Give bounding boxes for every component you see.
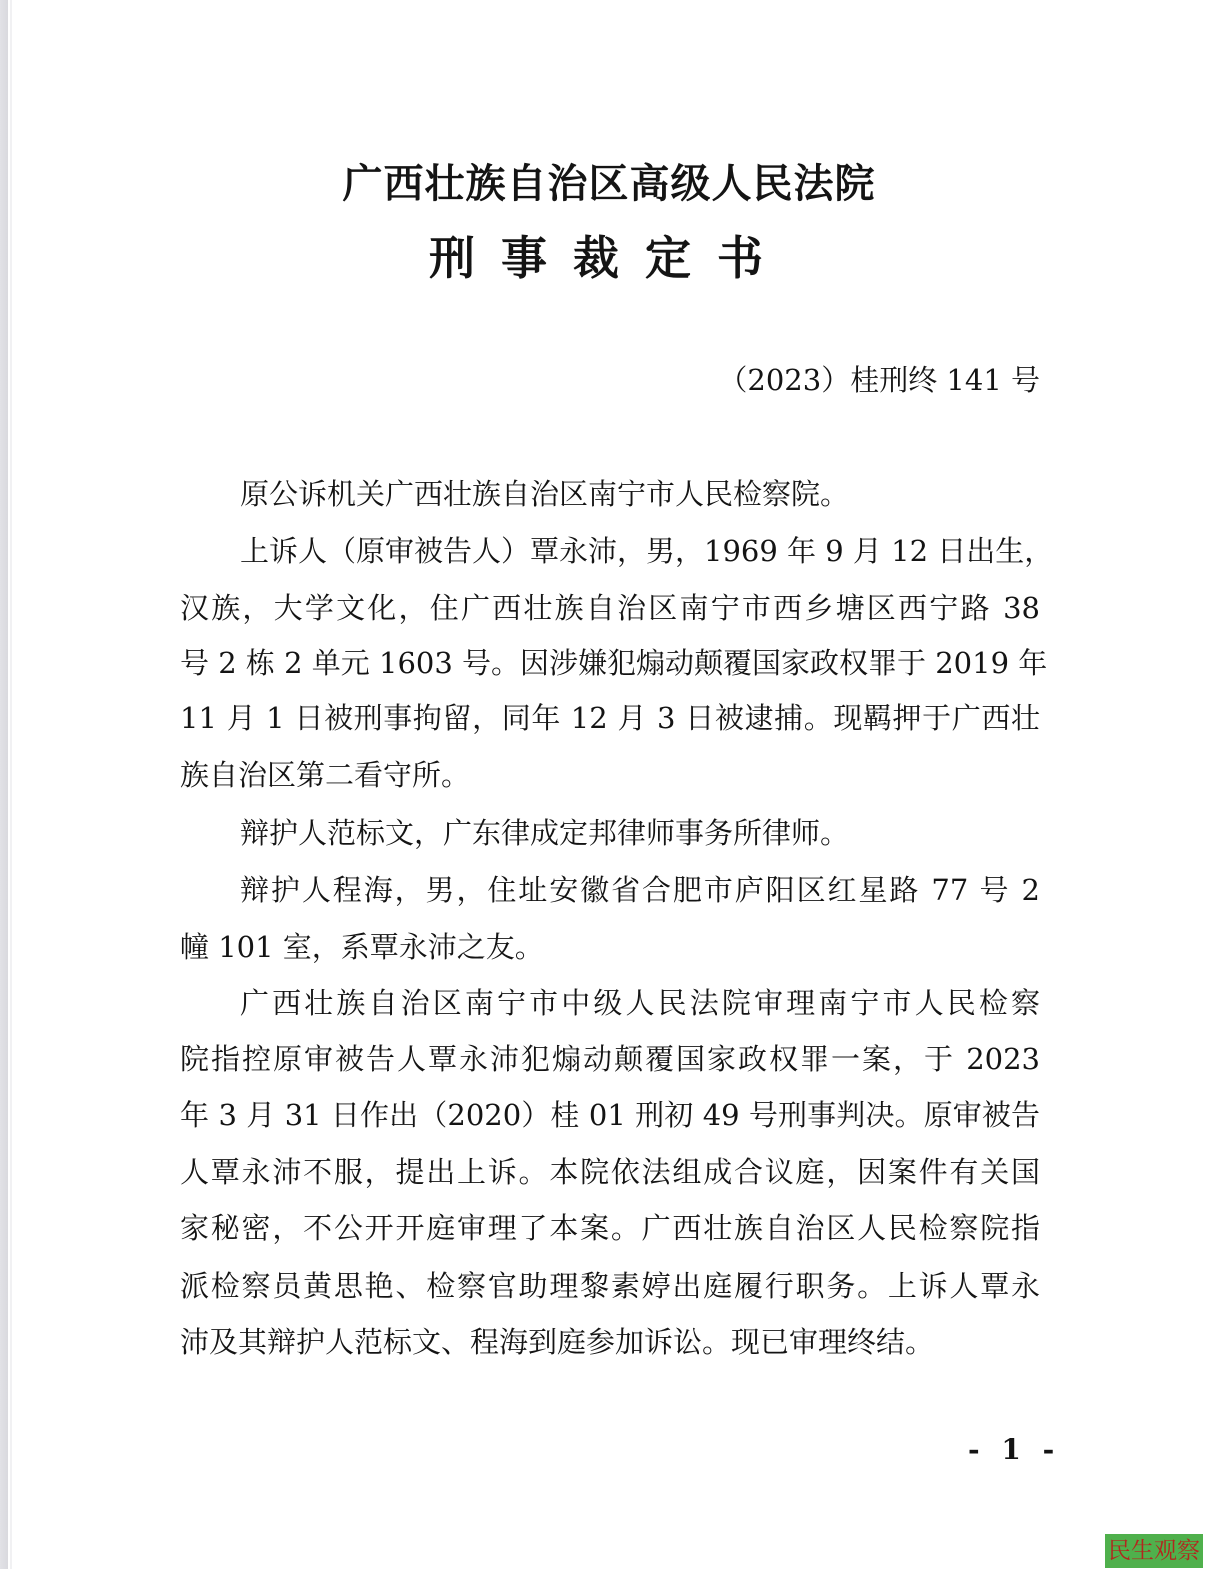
- body-line: 号 2 栋 2 单元 1603 号。因涉嫌犯煽动颠覆国家政权罪于 2019 年: [180, 645, 1040, 681]
- body-line: 院指控原审被告人覃永沛犯煽动颠覆国家政权罪一案，于 2023: [180, 1041, 1040, 1077]
- body-line: 沛及其辩护人范标文、程海到庭参加诉讼。现已审理终结。: [180, 1324, 1040, 1360]
- body-line: 派检察员黄思艳、检察官助理黎素婷出庭履行职务。上诉人覃永: [180, 1268, 1040, 1304]
- body-line: 人覃永沛不服，提出上诉。本院依法组成合议庭，因案件有关国: [180, 1154, 1040, 1190]
- body-line: 广西壮族自治区南宁市中级人民法院审理南宁市人民检察: [240, 985, 1040, 1021]
- court-name-heading: 广西壮族自治区高级人民法院: [0, 152, 1210, 209]
- body-line: 11 月 1 日被刑事拘留，同年 12 月 3 日被逮捕。现羁押于广西壮: [180, 700, 1040, 736]
- watermark-badge: 民生观察: [1105, 1534, 1203, 1568]
- body-line: 族自治区第二看守所。: [180, 757, 1040, 793]
- body-line: 幢 101 室，系覃永沛之友。: [180, 929, 1040, 965]
- body-line: 家秘密，不公开开庭审理了本案。广西壮族自治区人民检察院指: [180, 1210, 1040, 1246]
- body-line: 上诉人（原审被告人）覃永沛，男，1969 年 9 月 12 日出生，: [240, 533, 1040, 569]
- body-line: 辩护人程海，男，住址安徽省合肥市庐阳区红星路 77 号 2: [240, 872, 1040, 908]
- body-line: 辩护人范标文，广东律成定邦律师事务所律师。: [240, 815, 1040, 851]
- body-line: 年 3 月 31 日作出（2020）桂 01 刑初 49 号刑事判决。原审被告: [180, 1097, 1040, 1133]
- body-line: 原公诉机关广西壮族自治区南宁市人民检察院。: [240, 476, 1040, 512]
- body-line: 汉族，大学文化，住广西壮族自治区南宁市西乡塘区西宁路 38: [180, 590, 1040, 626]
- page-number: - 1 -: [968, 1433, 1060, 1466]
- case-number: （2023）桂刑终 141 号: [718, 358, 1040, 399]
- document-type-heading: 刑事裁定书: [0, 222, 1210, 288]
